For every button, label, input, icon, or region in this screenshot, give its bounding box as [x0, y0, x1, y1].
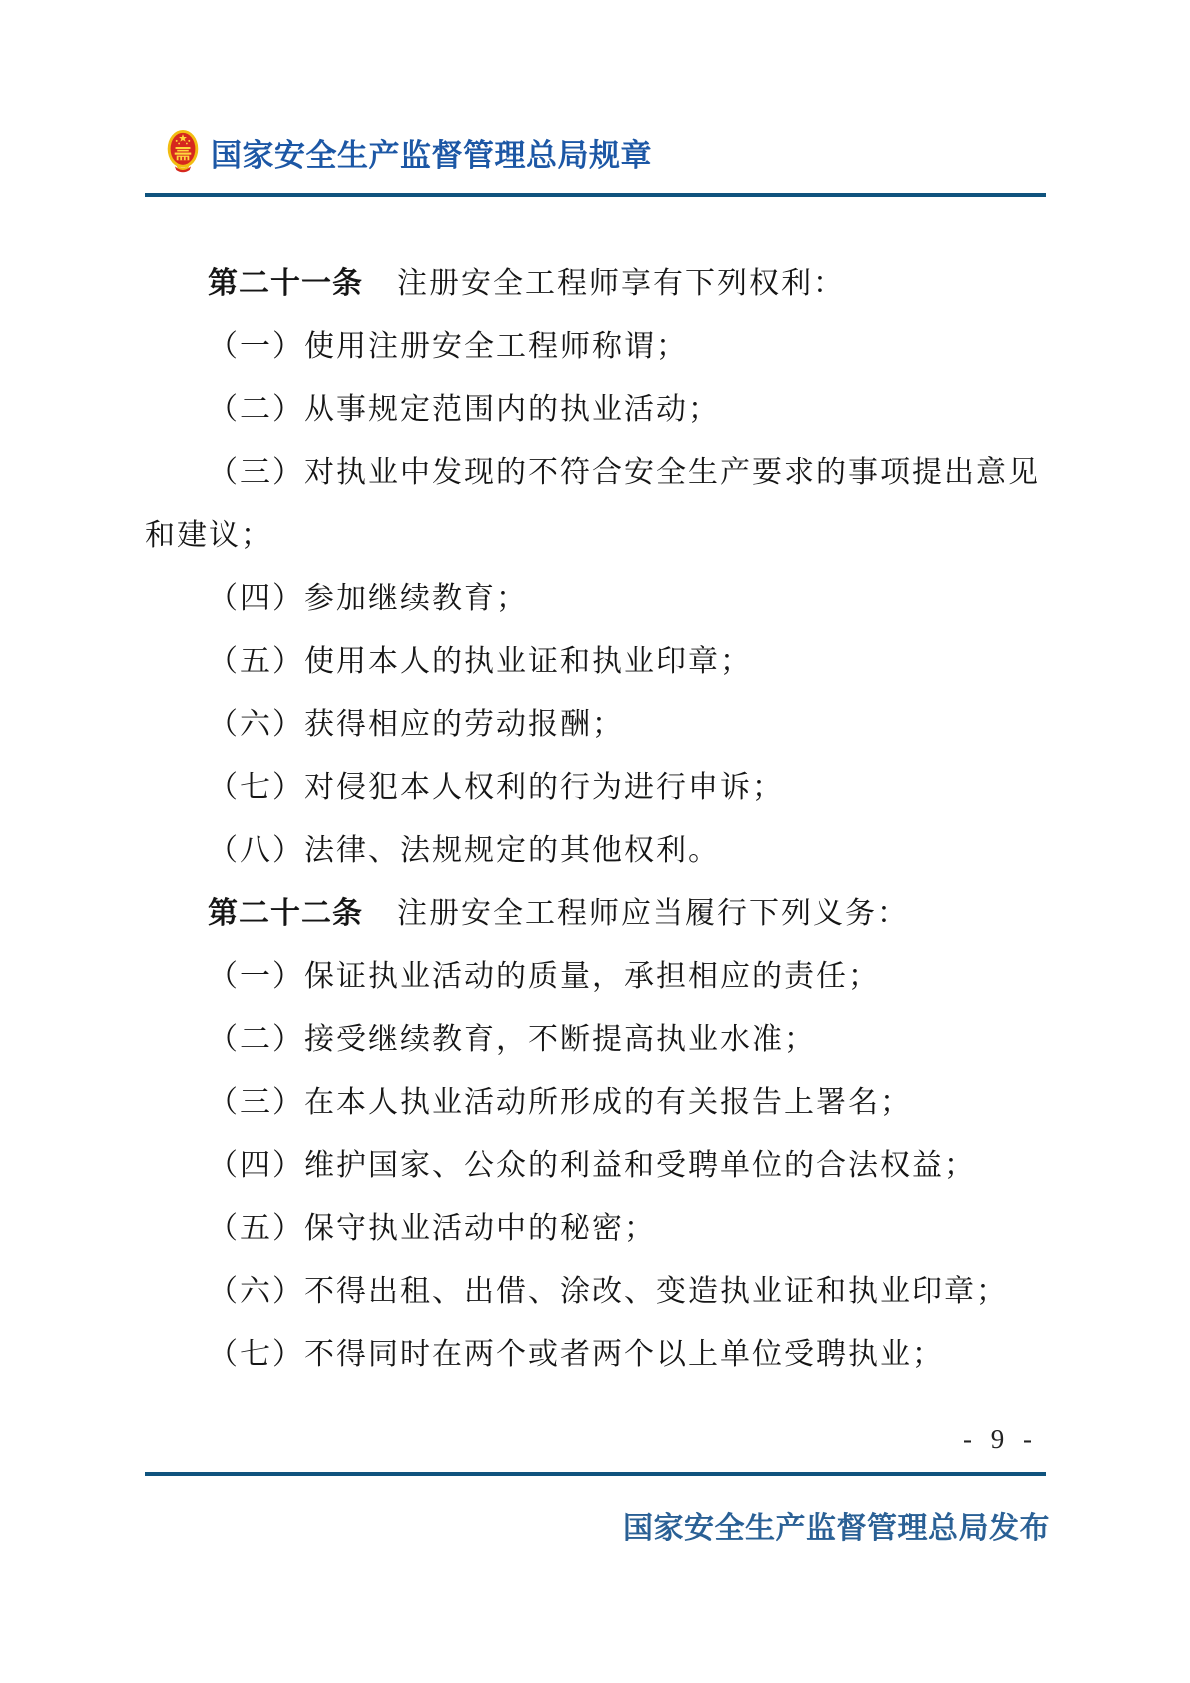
paragraph: 第二十一条注册安全工程师享有下列权利： — [145, 252, 1046, 315]
document-page: 国家安全生产监督管理总局规章 第二十一条注册安全工程师享有下列权利： （一）使用… — [0, 0, 1190, 1683]
paragraph-text: （三）对执业中发现的不符合安全生产要求的事项提出意见和建议； — [145, 456, 1040, 552]
paragraph-text: （四）参加继续教育； — [208, 582, 528, 615]
paragraph-text: （八）法律、法规规定的其他权利。 — [208, 834, 720, 867]
paragraph: （五）保守执业活动中的秘密； — [145, 1197, 1046, 1260]
paragraph-text: （二）从事规定范围内的执业活动； — [208, 393, 720, 426]
document-header: 国家安全生产监督管理总局规章 — [145, 122, 1046, 182]
paragraph-text: （一）使用注册安全工程师称谓； — [208, 330, 688, 363]
paragraph: （二）从事规定范围内的执业活动； — [145, 378, 1046, 441]
paragraph: （八）法律、法规规定的其他权利。 — [145, 819, 1046, 882]
document-body: 第二十一条注册安全工程师享有下列权利： （一）使用注册安全工程师称谓； （二）从… — [145, 252, 1046, 1386]
paragraph-text: 注册安全工程师享有下列权利： — [397, 267, 845, 300]
paragraph: （一）使用注册安全工程师称谓； — [145, 315, 1046, 378]
paragraph: 第二十二条注册安全工程师应当履行下列义务： — [145, 882, 1046, 945]
paragraph-text: （六）获得相应的劳动报酬； — [208, 708, 624, 741]
paragraph-text: （六）不得出租、出借、涂改、变造执业证和执业印章； — [208, 1275, 1008, 1308]
paragraph-text: （二）接受继续教育，不断提高执业水准； — [208, 1023, 816, 1056]
paragraph: （六）获得相应的劳动报酬； — [145, 693, 1046, 756]
paragraph-text: （七）不得同时在两个或者两个以上单位受聘执业； — [208, 1338, 944, 1371]
paragraph: （一）保证执业活动的质量，承担相应的责任； — [145, 945, 1046, 1008]
article-number-lead: 第二十二条 — [208, 897, 363, 930]
paragraph: （二）接受继续教育，不断提高执业水准； — [145, 1008, 1046, 1071]
paragraph-text: （五）使用本人的执业证和执业印章； — [208, 645, 752, 678]
paragraph-text: （七）对侵犯本人权利的行为进行申诉； — [208, 771, 784, 804]
paragraph-text: （一）保证执业活动的质量，承担相应的责任； — [208, 960, 880, 993]
paragraph-text: （五）保守执业活动中的秘密； — [208, 1212, 656, 1245]
paragraph: （三）对执业中发现的不符合安全生产要求的事项提出意见和建议； — [145, 441, 1046, 567]
paragraph: （七）对侵犯本人权利的行为进行申诉； — [145, 756, 1046, 819]
paragraph: （五）使用本人的执业证和执业印章； — [145, 630, 1046, 693]
article-number-lead: 第二十一条 — [208, 267, 363, 300]
paragraph: （四）参加继续教育； — [145, 567, 1046, 630]
paragraph: （四）维护国家、公众的利益和受聘单位的合法权益； — [145, 1134, 1046, 1197]
paragraph: （七）不得同时在两个或者两个以上单位受聘执业； — [145, 1323, 1046, 1386]
footer-rule — [145, 1472, 1046, 1476]
paragraph-text: 注册安全工程师应当履行下列义务： — [397, 897, 909, 930]
paragraph-text: （三）在本人执业活动所形成的有关报告上署名； — [208, 1086, 912, 1119]
publisher-line: 国家安全生产监督管理总局发布 — [145, 1503, 1050, 1547]
paragraph: （三）在本人执业活动所形成的有关报告上署名； — [145, 1071, 1046, 1134]
page-number: - 9 - — [145, 1424, 1046, 1455]
paragraph-text: （四）维护国家、公众的利益和受聘单位的合法权益； — [208, 1149, 976, 1182]
paragraph: （六）不得出租、出借、涂改、变造执业证和执业印章； — [145, 1260, 1046, 1323]
header-rule — [145, 193, 1046, 197]
national-emblem-icon — [165, 128, 201, 176]
document-header-title: 国家安全生产监督管理总局规章 — [211, 130, 652, 175]
